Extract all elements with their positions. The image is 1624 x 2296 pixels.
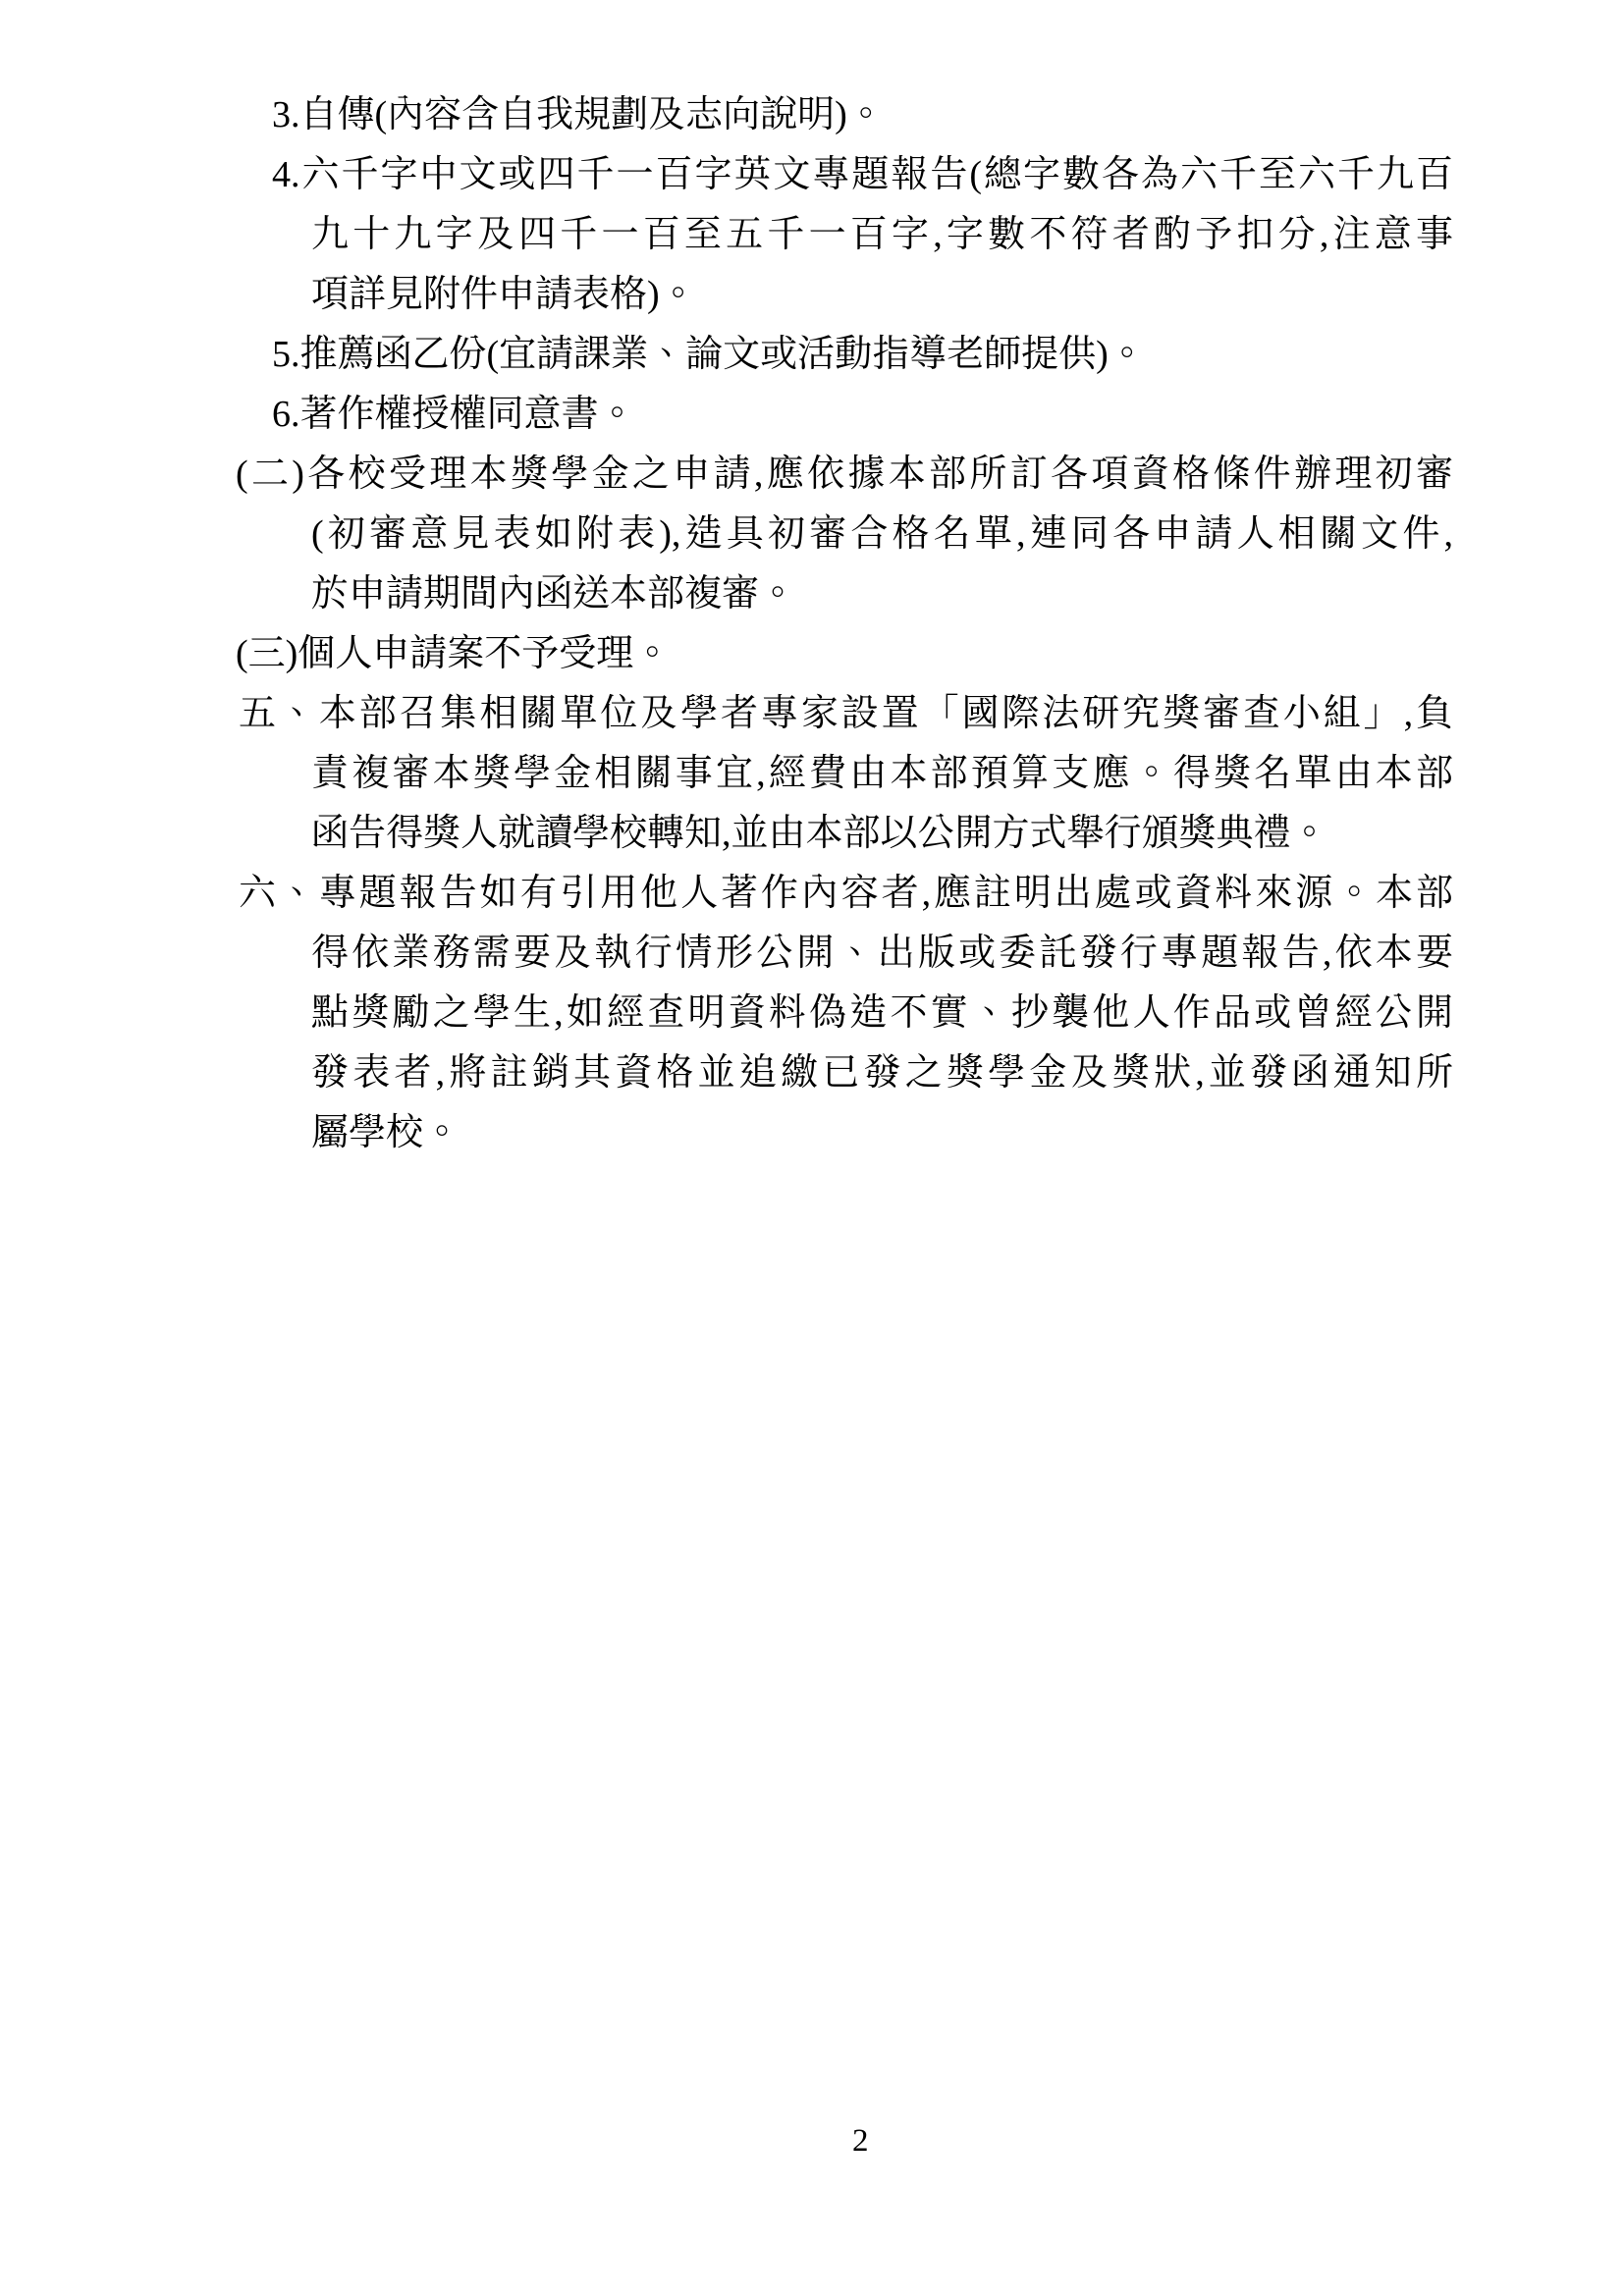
item-4-line-1: 4.六千字中文或四千一百字英文專題報告(總字數各為六千至六千九百 (272, 145, 1453, 205)
section-5-line-3: 函告得獎人就讀學校轉知,並由本部以公開方式舉行頒獎典禮。 (311, 804, 1453, 864)
document-page: 3.自傳(內容含自我規劃及志向說明)。 4.六千字中文或四千一百字英文專題報告(… (0, 0, 1624, 2296)
page-number: 2 (852, 2120, 869, 2162)
section-5-line-2: 責複審本獎學金相關事宜,經費由本部預算支應。得獎名單由本部 (311, 744, 1453, 804)
section-5-line-1: 五、本部召集相關單位及學者專家設置「國際法研究獎審查小組」,負 (239, 684, 1453, 744)
item-3-line: 3.自傳(內容含自我規劃及志向說明)。 (272, 85, 1453, 145)
section-6-line-1: 六、專題報告如有引用他人著作內容者,應註明出處或資料來源。本部 (239, 864, 1453, 924)
section-6-line-3: 點獎勵之學生,如經查明資料偽造不實、抄襲他人作品或曾經公開 (311, 984, 1453, 1043)
section-6-line-4: 發表者,將註銷其資格並追繳已發之獎學金及獎狀,並發函通知所 (311, 1043, 1453, 1103)
section-6-line-5: 屬學校。 (311, 1103, 1453, 1163)
clause-2-line-3: 於申請期間內函送本部複審。 (311, 564, 1453, 624)
item-4-line-3: 項詳見附件申請表格)。 (311, 265, 1453, 325)
clause-2-line-2: (初審意見表如附表),造具初審合格名單,連同各申請人相關文件, (311, 505, 1453, 564)
section-6-line-2: 得依業務需要及執行情形公開、出版或委託發行專題報告,依本要 (311, 924, 1453, 984)
item-6-line: 6.著作權授權同意書。 (272, 385, 1453, 445)
clause-2-line-1: (二)各校受理本獎學金之申請,應依據本部所訂各項資格條件辦理初審 (236, 445, 1453, 505)
clause-3-line: (三)個人申請案不予受理。 (236, 624, 1453, 684)
item-5-line: 5.推薦函乙份(宜請課業、論文或活動指導老師提供)。 (272, 325, 1453, 385)
item-4-line-2: 九十九字及四千一百至五千一百字,字數不符者酌予扣分,注意事 (311, 205, 1453, 265)
document-body: 3.自傳(內容含自我規劃及志向說明)。 4.六千字中文或四千一百字英文專題報告(… (0, 85, 1624, 1163)
